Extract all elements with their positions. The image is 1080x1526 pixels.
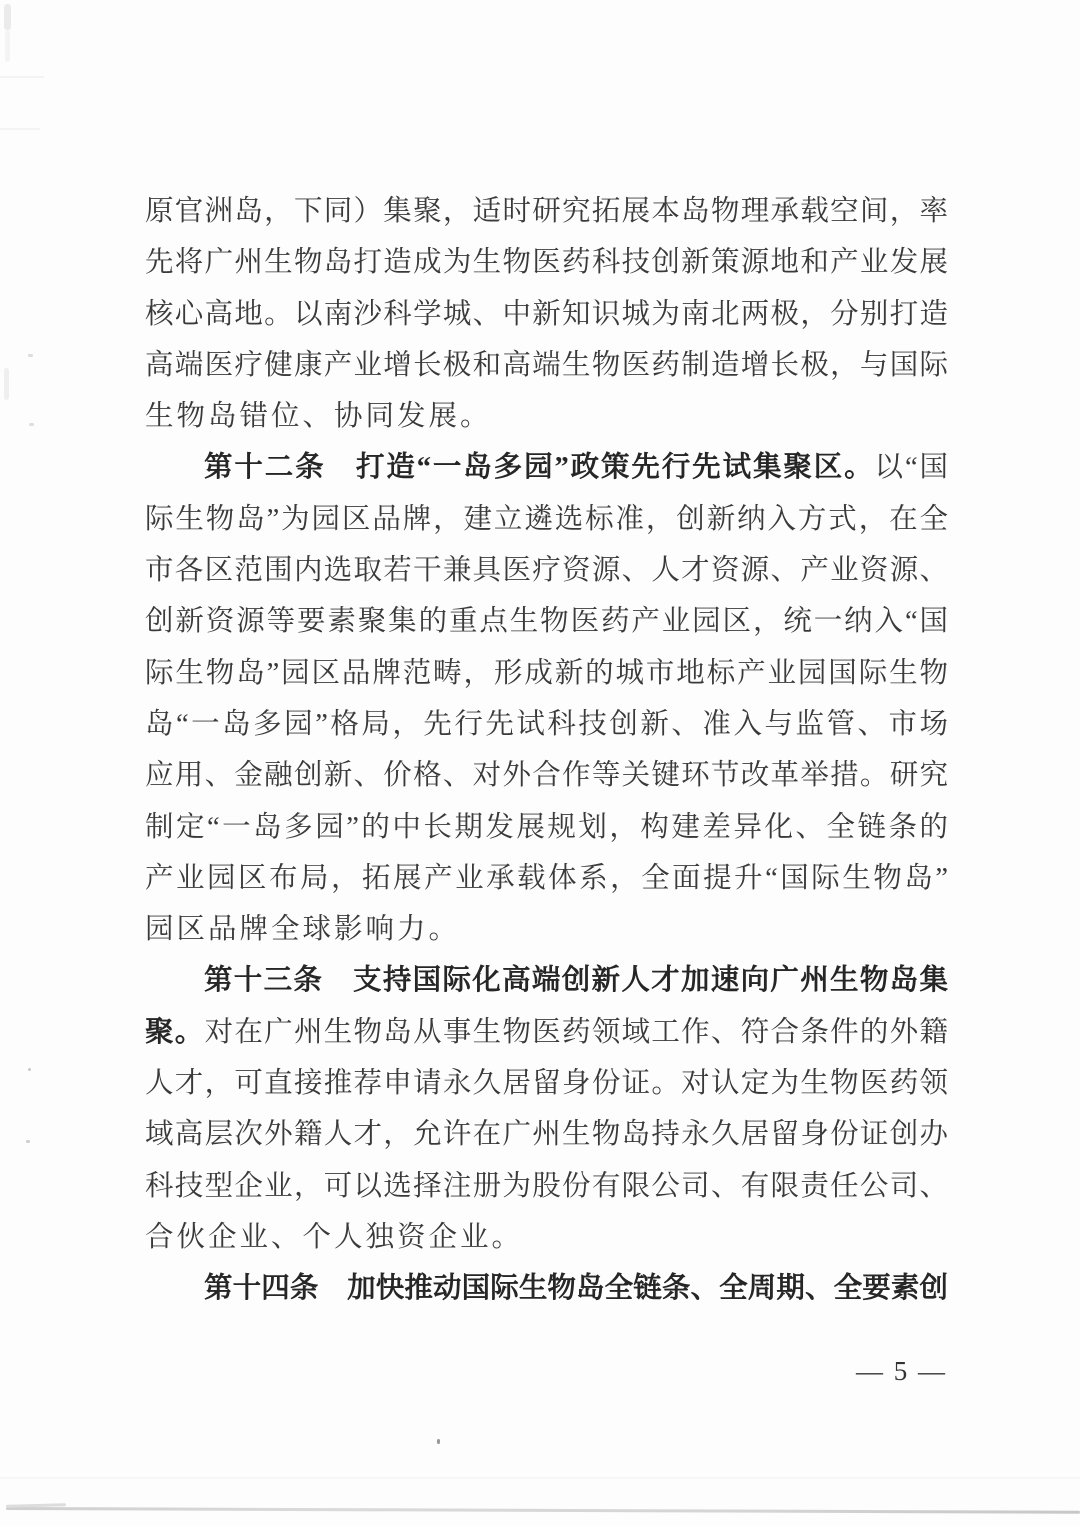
text-line: 应用、金融创新、价格、对外合作等关键环节改革举措。研究 <box>145 750 948 801</box>
body-text-segment: 创新资源等要素聚集的重点生物医药产业园区，统一纳入“国 <box>145 606 948 637</box>
body-text-segment: 科技型企业，可以选择注册为股份有限公司、有限责任公司、 <box>145 1171 948 1202</box>
page-number: — 5 — <box>856 1356 947 1387</box>
body-text-segment: 生物岛错位、协同发展。 <box>145 401 492 432</box>
body-text-segment: 核心高地。以南沙科学城、中新知识城为南北两极，分别打造 <box>145 299 948 330</box>
text-line: 生物岛错位、协同发展。 <box>145 391 948 442</box>
body-text-segment: 以“国 <box>875 452 948 483</box>
scan-smudge <box>4 368 9 400</box>
scan-dust-speck <box>29 423 34 426</box>
text-line: 岛“一岛多园”格局，先行先试科技创新、准入与监管、市场 <box>145 699 948 750</box>
body-text-segment: 际生物岛”园区品牌范畴，形成新的城市地标产业园国际生物 <box>145 658 948 689</box>
text-line: 市各区范围内选取若干兼具医疗资源、人才资源、产业资源、 <box>145 545 948 596</box>
body-text-segment: 原官洲岛，下同）集聚，适时研究拓展本岛物理承载空间，率 <box>145 196 948 227</box>
body-text-segment: 岛“一岛多园”格局，先行先试科技创新、准入与监管、市场 <box>145 709 948 740</box>
text-line: 第十四条 加快推动国际生物岛全链条、全周期、全要素创 <box>145 1263 948 1314</box>
body-text-segment: 制定“一岛多园”的中长期发展规划，构建差异化、全链条的 <box>145 812 948 843</box>
article-heading-segment: 第十二条 打造“一岛多园”政策先行先试集聚区。 <box>204 452 875 483</box>
body-text-segment: 人才，可直接推荐申请永久居留身份证。对认定为生物医药领 <box>145 1068 948 1099</box>
text-line: 际生物岛”园区品牌范畴，形成新的城市地标产业园国际生物 <box>145 648 948 699</box>
paper-bottom-edge <box>6 1503 66 1508</box>
text-line: 域高层次外籍人才，允许在广州生物岛持永久居留身份证创办 <box>145 1109 948 1160</box>
text-line: 原官洲岛，下同）集聚，适时研究拓展本岛物理承载空间，率 <box>145 186 948 237</box>
body-text-segment: 对在广州生物岛从事生物医药领域工作、符合条件的外籍 <box>205 1017 948 1048</box>
scan-smudge <box>5 30 10 62</box>
body-text-segment: 应用、金融创新、价格、对外合作等关键环节改革举措。研究 <box>145 760 948 791</box>
document-body: 原官洲岛，下同）集聚，适时研究拓展本岛物理承载空间，率先将广州生物岛打造成为生物… <box>145 186 948 1315</box>
paper-bottom-edge <box>6 1507 1080 1513</box>
scan-dust-speck <box>26 1140 30 1143</box>
scan-dust-speck <box>28 1068 31 1071</box>
body-text-segment: 先将广州生物岛打造成为生物医药科技创新策源地和产业发展 <box>145 247 948 278</box>
text-line: 际生物岛”为园区品牌，建立遴选标准，创新纳入方式，在全 <box>145 494 948 545</box>
body-text-segment: 合伙企业、个人独资企业。 <box>145 1222 523 1253</box>
text-line: 制定“一岛多园”的中长期发展规划，构建差异化、全链条的 <box>145 802 948 853</box>
text-line: 聚。对在广州生物岛从事生物医药领域工作、符合条件的外籍 <box>145 1007 948 1058</box>
text-line: 第十三条 支持国际化高端创新人才加速向广州生物岛集 <box>145 955 948 1006</box>
body-text-segment: 域高层次外籍人才，允许在广州生物岛持永久居留身份证创办 <box>145 1119 948 1150</box>
text-line: 创新资源等要素聚集的重点生物医药产业园区，统一纳入“国 <box>145 596 948 647</box>
article-heading-segment: 第十三条 支持国际化高端创新人才加速向广州生物岛集 <box>204 965 948 996</box>
body-text-segment: 高端医疗健康产业增长极和高端生物医药制造增长极，与国际 <box>145 350 948 381</box>
scan-smudge <box>0 128 40 130</box>
scan-smudge <box>0 1477 1080 1479</box>
text-line: 第十二条 打造“一岛多园”政策先行先试集聚区。以“国 <box>145 442 948 493</box>
scan-smudge <box>0 76 44 78</box>
text-line: 合伙企业、个人独资企业。 <box>145 1212 948 1263</box>
scan-dust-speck <box>28 354 33 357</box>
text-line: 园区品牌全球影响力。 <box>145 904 948 955</box>
body-text-segment: 市各区范围内选取若干兼具医疗资源、人才资源、产业资源、 <box>145 555 948 586</box>
article-heading-segment: 聚。 <box>145 1017 205 1048</box>
body-text-segment: 园区品牌全球影响力。 <box>145 914 460 945</box>
text-line: 科技型企业，可以选择注册为股份有限公司、有限责任公司、 <box>145 1161 948 1212</box>
article-heading-segment: 第十四条 加快推动国际生物岛全链条、全周期、全要素创 <box>204 1273 948 1304</box>
body-text-segment: 产业园区布局，拓展产业承载体系，全面提升“国际生物岛” <box>145 863 948 894</box>
body-text-segment: 际生物岛”为园区品牌，建立遴选标准，创新纳入方式，在全 <box>145 504 948 535</box>
document-page: 原官洲岛，下同）集聚，适时研究拓展本岛物理承载空间，率先将广州生物岛打造成为生物… <box>0 0 1080 1526</box>
text-line: 核心高地。以南沙科学城、中新知识城为南北两极，分别打造 <box>145 289 948 340</box>
text-line: 先将广州生物岛打造成为生物医药科技创新策源地和产业发展 <box>145 237 948 288</box>
text-line: 人才，可直接推荐申请永久居留身份证。对认定为生物医药领 <box>145 1058 948 1109</box>
scan-dust-speck <box>437 1439 440 1444</box>
text-line: 高端医疗健康产业增长极和高端生物医药制造增长极，与国际 <box>145 340 948 391</box>
text-line: 产业园区布局，拓展产业承载体系，全面提升“国际生物岛” <box>145 853 948 904</box>
scan-smudge <box>4 4 11 30</box>
